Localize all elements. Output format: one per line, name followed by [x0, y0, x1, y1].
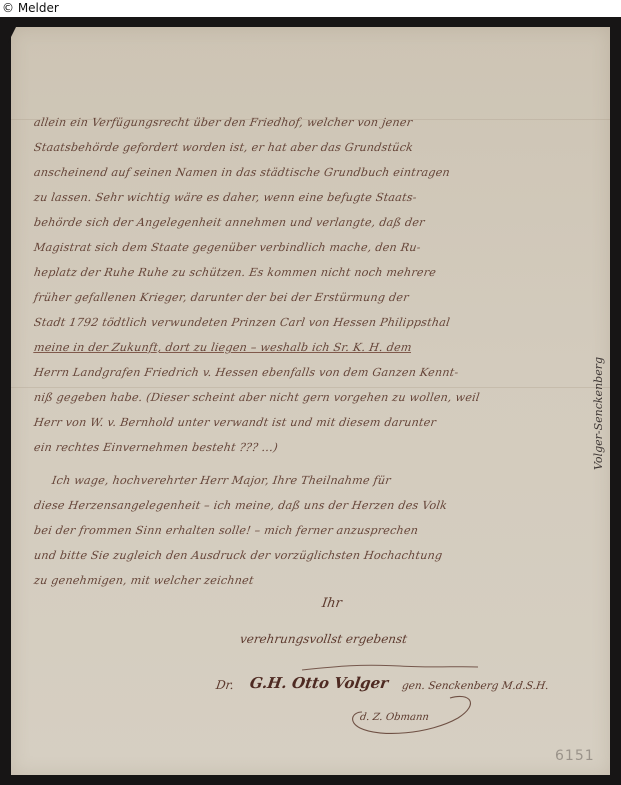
letter-line: behörde sich der Angelegenheit annehmen … [33, 216, 426, 229]
closing-formula: verehrungsvollst ergebenst [239, 632, 408, 646]
letter-line: zu genehmigen, mit welcher zeichnet [33, 574, 254, 587]
margin-annotation: Volger-Senckenberg [592, 357, 605, 470]
letter-line: Herrn Landgrafen Friedrich v. Hessen ebe… [33, 366, 459, 379]
letter-line: Ich wage, hochverehrter Herr Major, Ihre… [51, 474, 392, 487]
letter-line: Staatsbehörde gefordert worden ist, er h… [33, 141, 414, 154]
letter-line: heplatz der Ruhe Ruhe zu schützen. Es ko… [33, 266, 437, 279]
letter-line: meine in der Zukunft, dort zu liegen – w… [33, 341, 413, 354]
letter-line: ein rechtes Einvernehmen besteht ??? ...… [33, 441, 279, 454]
signature-underline-icon [300, 660, 480, 674]
letter-line: Herr von W. v. Bernhold unter verwandt i… [33, 416, 437, 429]
letter-line: diese Herzensangelegenheit – ich meine, … [33, 499, 448, 512]
letter-line: Stadt 1792 tödtlich verwundeten Prinzen … [33, 316, 451, 329]
image-credit: © Melder [2, 0, 59, 17]
paper-crease [11, 387, 610, 388]
signature-prefix: Dr. [215, 678, 235, 692]
letter-line: Magistrat sich dem Staate gegenüber verb… [33, 241, 422, 254]
letter-line: und bitte Sie zugleich den Ausdruck der … [33, 549, 443, 562]
letter-line: allein ein Verfügungsrecht über den Frie… [33, 116, 413, 129]
letter-line: zu lassen. Sehr wichtig wäre es daher, w… [33, 191, 418, 204]
signature-flourish-icon [340, 690, 510, 740]
letter-line: früher gefallenen Krieger, darunter der … [33, 291, 410, 304]
letter-line: bei der frommen Sinn erhalten solle! – m… [33, 524, 419, 537]
letter-line: niß gegeben habe. (Dieser scheint aber n… [33, 391, 481, 404]
letter-line: anscheinend auf seinen Namen in das städ… [33, 166, 451, 179]
archive-number: 6151 [555, 748, 595, 764]
closing-salutation: Ihr [321, 596, 343, 611]
